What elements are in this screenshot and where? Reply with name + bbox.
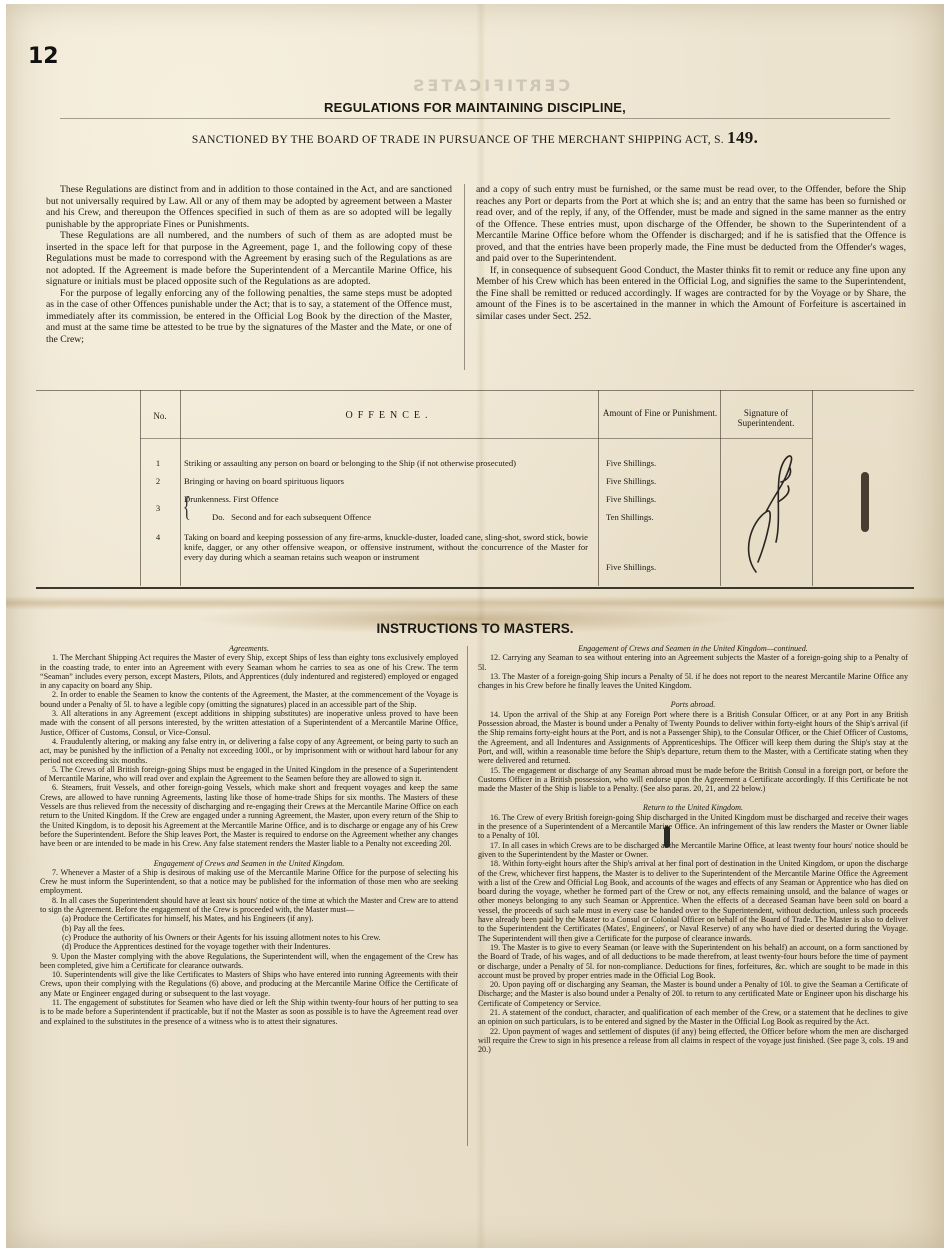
table-border-bottom xyxy=(36,587,914,589)
section-heading: Return to the United Kingdom. xyxy=(478,803,908,812)
page-number: 12 xyxy=(28,44,59,69)
list-item: (a) Produce the Certificates for himself… xyxy=(62,914,458,923)
column-header-offence: OFFENCE. xyxy=(180,411,598,421)
offence-number: 1 xyxy=(140,458,176,468)
instruction-paragraph: 7. Whenever a Master of a Ship is desiro… xyxy=(40,868,458,896)
intro-paragraph: and a copy of such entry must be furnish… xyxy=(476,184,906,265)
section-heading: Ports abroad. xyxy=(478,700,908,709)
list-item: (d) Produce the Apprentices destined for… xyxy=(62,942,458,951)
superintendent-signature xyxy=(736,442,806,582)
subtitle-text: SANCTIONED BY THE BOARD OF TRADE IN PURS… xyxy=(192,134,724,146)
offence-description: Drunkenness. First Offence xyxy=(184,494,588,504)
column-divider xyxy=(464,184,465,370)
offence-fine: Five Shillings. xyxy=(606,458,706,468)
instruction-paragraph: 6. Steamers, fruit Vessels, and other fo… xyxy=(40,783,458,848)
section-number: 149. xyxy=(727,128,758,147)
instruction-paragraph: 19. The Master is to give to every Seama… xyxy=(478,943,908,980)
instruction-paragraph: 22. Upon payment of wages and settlement… xyxy=(478,1027,908,1055)
offence-description: Do. Second and for each subsequent Offen… xyxy=(184,512,616,522)
instruction-paragraph: 4. Fraudulently altering, or making any … xyxy=(40,737,458,765)
intro-left-column: These Regulations are distinct from and … xyxy=(46,184,452,345)
column-header-no: No. xyxy=(140,411,180,421)
instruction-paragraph: 13. The Master of a foreign-going Ship i… xyxy=(478,672,908,691)
list-item: (c) Produce the authority of his Owners … xyxy=(62,933,458,942)
instruction-paragraph: 3. All alterations in any Agreement (exc… xyxy=(40,709,458,737)
column-header-fine: Amount of Fine or Punishment. xyxy=(602,408,718,418)
instruction-paragraph: 20. Upon paying off or discharging any S… xyxy=(478,980,908,1008)
section-heading: Engagement of Crews and Seamen in the Un… xyxy=(478,644,908,653)
page-subtitle: SANCTIONED BY THE BOARD OF TRADE IN PURS… xyxy=(0,128,950,148)
instruction-paragraph: 18. Within forty-eight hours after the S… xyxy=(478,859,908,943)
list-item: (b) Pay all the fees. xyxy=(62,924,458,933)
instructions-left-column: Agreements. 1. The Merchant Shipping Act… xyxy=(40,644,458,1026)
instruction-paragraph: 10. Superintendents will give the like C… xyxy=(40,970,458,998)
instruction-paragraph: 8. In all cases the Superintendent shoul… xyxy=(40,896,458,915)
intro-paragraph: These Regulations are all numbered, and … xyxy=(46,230,452,288)
offence-description: Bringing or having on board spirituous l… xyxy=(184,476,588,486)
instruction-paragraph: 21. A statement of the conduct, characte… xyxy=(478,1008,908,1027)
instruction-paragraph: 9. Upon the Master complying with the ab… xyxy=(40,952,458,971)
divider xyxy=(60,118,890,119)
instruction-paragraph: 14. Upon the arrival of the Ship at any … xyxy=(478,710,908,766)
offence-number: 4 xyxy=(140,532,176,542)
section-heading: Engagement of Crews and Seamen in the Un… xyxy=(40,859,458,868)
instruction-paragraph: 17. In all cases in which Crews are to b… xyxy=(478,841,908,860)
page-title: REGULATIONS FOR MAINTAINING DISCIPLINE, xyxy=(0,100,950,115)
offence-fine: Ten Shillings. xyxy=(606,512,706,522)
offence-fine: Five Shillings. xyxy=(606,494,706,504)
requirements-list: (a) Produce the Certificates for himself… xyxy=(62,914,458,951)
intro-paragraph: If, in consequence of subsequent Good Co… xyxy=(476,265,906,323)
offence-description: Taking on board and keeping possession o… xyxy=(184,532,588,562)
offence-table: No. OFFENCE. Amount of Fine or Punishmen… xyxy=(140,390,812,586)
instruction-paragraph: 12. Carrying any Seaman to sea without e… xyxy=(478,653,908,672)
offence-number: 2 xyxy=(140,476,176,486)
offence-description: Striking or assaulting any person on boa… xyxy=(184,458,588,468)
instructions-title: INSTRUCTIONS TO MASTERS. xyxy=(0,621,950,636)
column-divider xyxy=(467,646,468,1146)
column-header-signature: Signature of Superintendent. xyxy=(722,408,810,428)
instruction-paragraph: 2. In order to enable the Seamen to know… xyxy=(40,690,458,709)
instruction-paragraph: 11. The engagement of substitutes for Se… xyxy=(40,998,458,1026)
intro-right-column: and a copy of such entry must be furnish… xyxy=(476,184,906,322)
intro-paragraph: These Regulations are distinct from and … xyxy=(46,184,452,230)
instruction-paragraph: 5. The Crews of all British foreign-goin… xyxy=(40,765,458,784)
offence-number: 3 xyxy=(140,503,176,513)
offence-fine: Five Shillings. xyxy=(606,562,706,572)
ink-blot xyxy=(861,472,869,532)
intro-paragraph: For the purpose of legally enforcing any… xyxy=(46,288,452,346)
bleed-through-text: CERTIFICATES xyxy=(340,76,640,95)
instructions-right-column: Engagement of Crews and Seamen in the Un… xyxy=(478,644,908,1054)
offence-fine: Five Shillings. xyxy=(606,476,706,486)
section-heading: Agreements. xyxy=(40,644,458,653)
instruction-paragraph: 1. The Merchant Shipping Act requires th… xyxy=(40,653,458,690)
instruction-paragraph: 16. The Crew of every British foreign-go… xyxy=(478,813,908,841)
instruction-paragraph: 15. The engagement or discharge of any S… xyxy=(478,766,908,794)
